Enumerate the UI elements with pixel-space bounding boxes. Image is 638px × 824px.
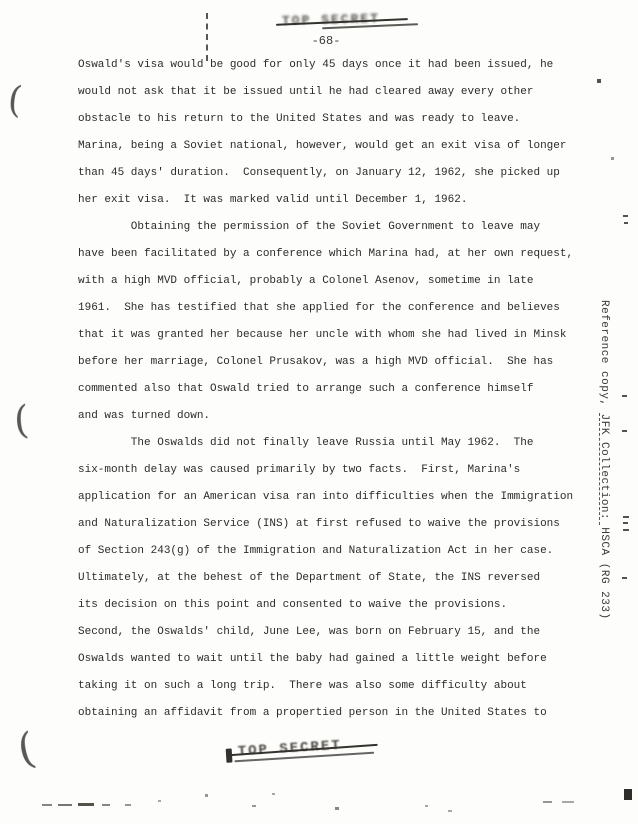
scan-speck	[622, 395, 627, 397]
scan-speck	[158, 800, 161, 802]
top-secret-stamp-bottom: TOP SECRET	[237, 736, 370, 768]
page-number: -68-	[296, 34, 356, 48]
margin-note-underline	[599, 413, 600, 525]
scan-speck	[622, 430, 627, 432]
text-line: have been facilitated by a conference wh…	[78, 241, 598, 268]
scan-speck	[102, 804, 110, 806]
text-line: commented also that Oswald tried to arra…	[78, 376, 598, 403]
text-line: her exit visa. It was marked valid until…	[78, 187, 598, 214]
text-line: Oswald's visa would be good for only 45 …	[78, 52, 598, 79]
text-line: and Naturalization Service (INS) at firs…	[78, 511, 598, 538]
scan-speck	[622, 577, 627, 579]
scan-speck	[272, 793, 275, 795]
scan-speck	[42, 804, 52, 806]
body-text: Oswald's visa would be good for only 45 …	[78, 52, 598, 727]
text-line: application for an American visa ran int…	[78, 484, 598, 511]
top-secret-stamp-top: TOP SECRET	[282, 10, 401, 35]
text-line: Obtaining the permission of the Soviet G…	[78, 214, 598, 241]
handwritten-paren-mark: (	[13, 723, 39, 774]
scan-speck	[623, 215, 628, 217]
scan-speck	[125, 804, 131, 806]
text-line: The Oswalds did not finally leave Russia…	[78, 430, 598, 457]
scan-speck	[611, 157, 614, 160]
text-line: Marina, being a Soviet national, however…	[78, 133, 598, 160]
scan-speck	[623, 529, 629, 531]
scan-speck	[425, 805, 428, 807]
text-line: with a high MVD official, probably a Col…	[78, 268, 598, 295]
text-line: its decision on this point and consented…	[78, 592, 598, 619]
scan-speck	[58, 804, 72, 806]
scan-speck	[78, 803, 94, 806]
scan-speck	[597, 79, 601, 83]
scan-speck	[623, 522, 628, 524]
text-line: 1961. She has testified that she applied…	[78, 295, 598, 322]
text-line: Oswalds wanted to wait until the baby ha…	[78, 646, 598, 673]
scan-speck	[205, 794, 208, 797]
scan-speck	[623, 516, 629, 518]
text-line: that it was granted her because her uncl…	[78, 322, 598, 349]
text-line: Second, the Oswalds' child, June Lee, wa…	[78, 619, 598, 646]
text-line: taking it on such a long trip. There was…	[78, 673, 598, 700]
scan-speck	[448, 810, 452, 812]
text-line: before her marriage, Colonel Prusakov, w…	[78, 349, 598, 376]
text-line: of Section 243(g) of the Immigration and…	[78, 538, 598, 565]
text-line: than 45 days' duration. Consequently, on…	[78, 160, 598, 187]
scan-speck	[562, 801, 574, 803]
text-line: Ultimately, at the behest of the Departm…	[78, 565, 598, 592]
scan-speck	[624, 222, 628, 224]
text-line: six-month delay was caused primarily by …	[78, 457, 598, 484]
scan-speck	[335, 807, 339, 810]
text-line: obtaining an affidavit from a propertied…	[78, 700, 598, 727]
scan-speck	[543, 801, 552, 803]
scanned-document-page: TOP SECRET -68- Oswald's visa would be g…	[0, 0, 638, 824]
scan-speck	[624, 789, 632, 800]
strikethrough-line	[226, 748, 233, 762]
handwritten-paren-mark: (	[12, 398, 30, 443]
handwritten-paren-mark: (	[6, 79, 24, 121]
text-line: obstacle to his return to the United Sta…	[78, 106, 598, 133]
scan-speck	[252, 805, 256, 807]
text-line: and was turned down.	[78, 403, 598, 430]
text-line: would not ask that it be issued until he…	[78, 79, 598, 106]
